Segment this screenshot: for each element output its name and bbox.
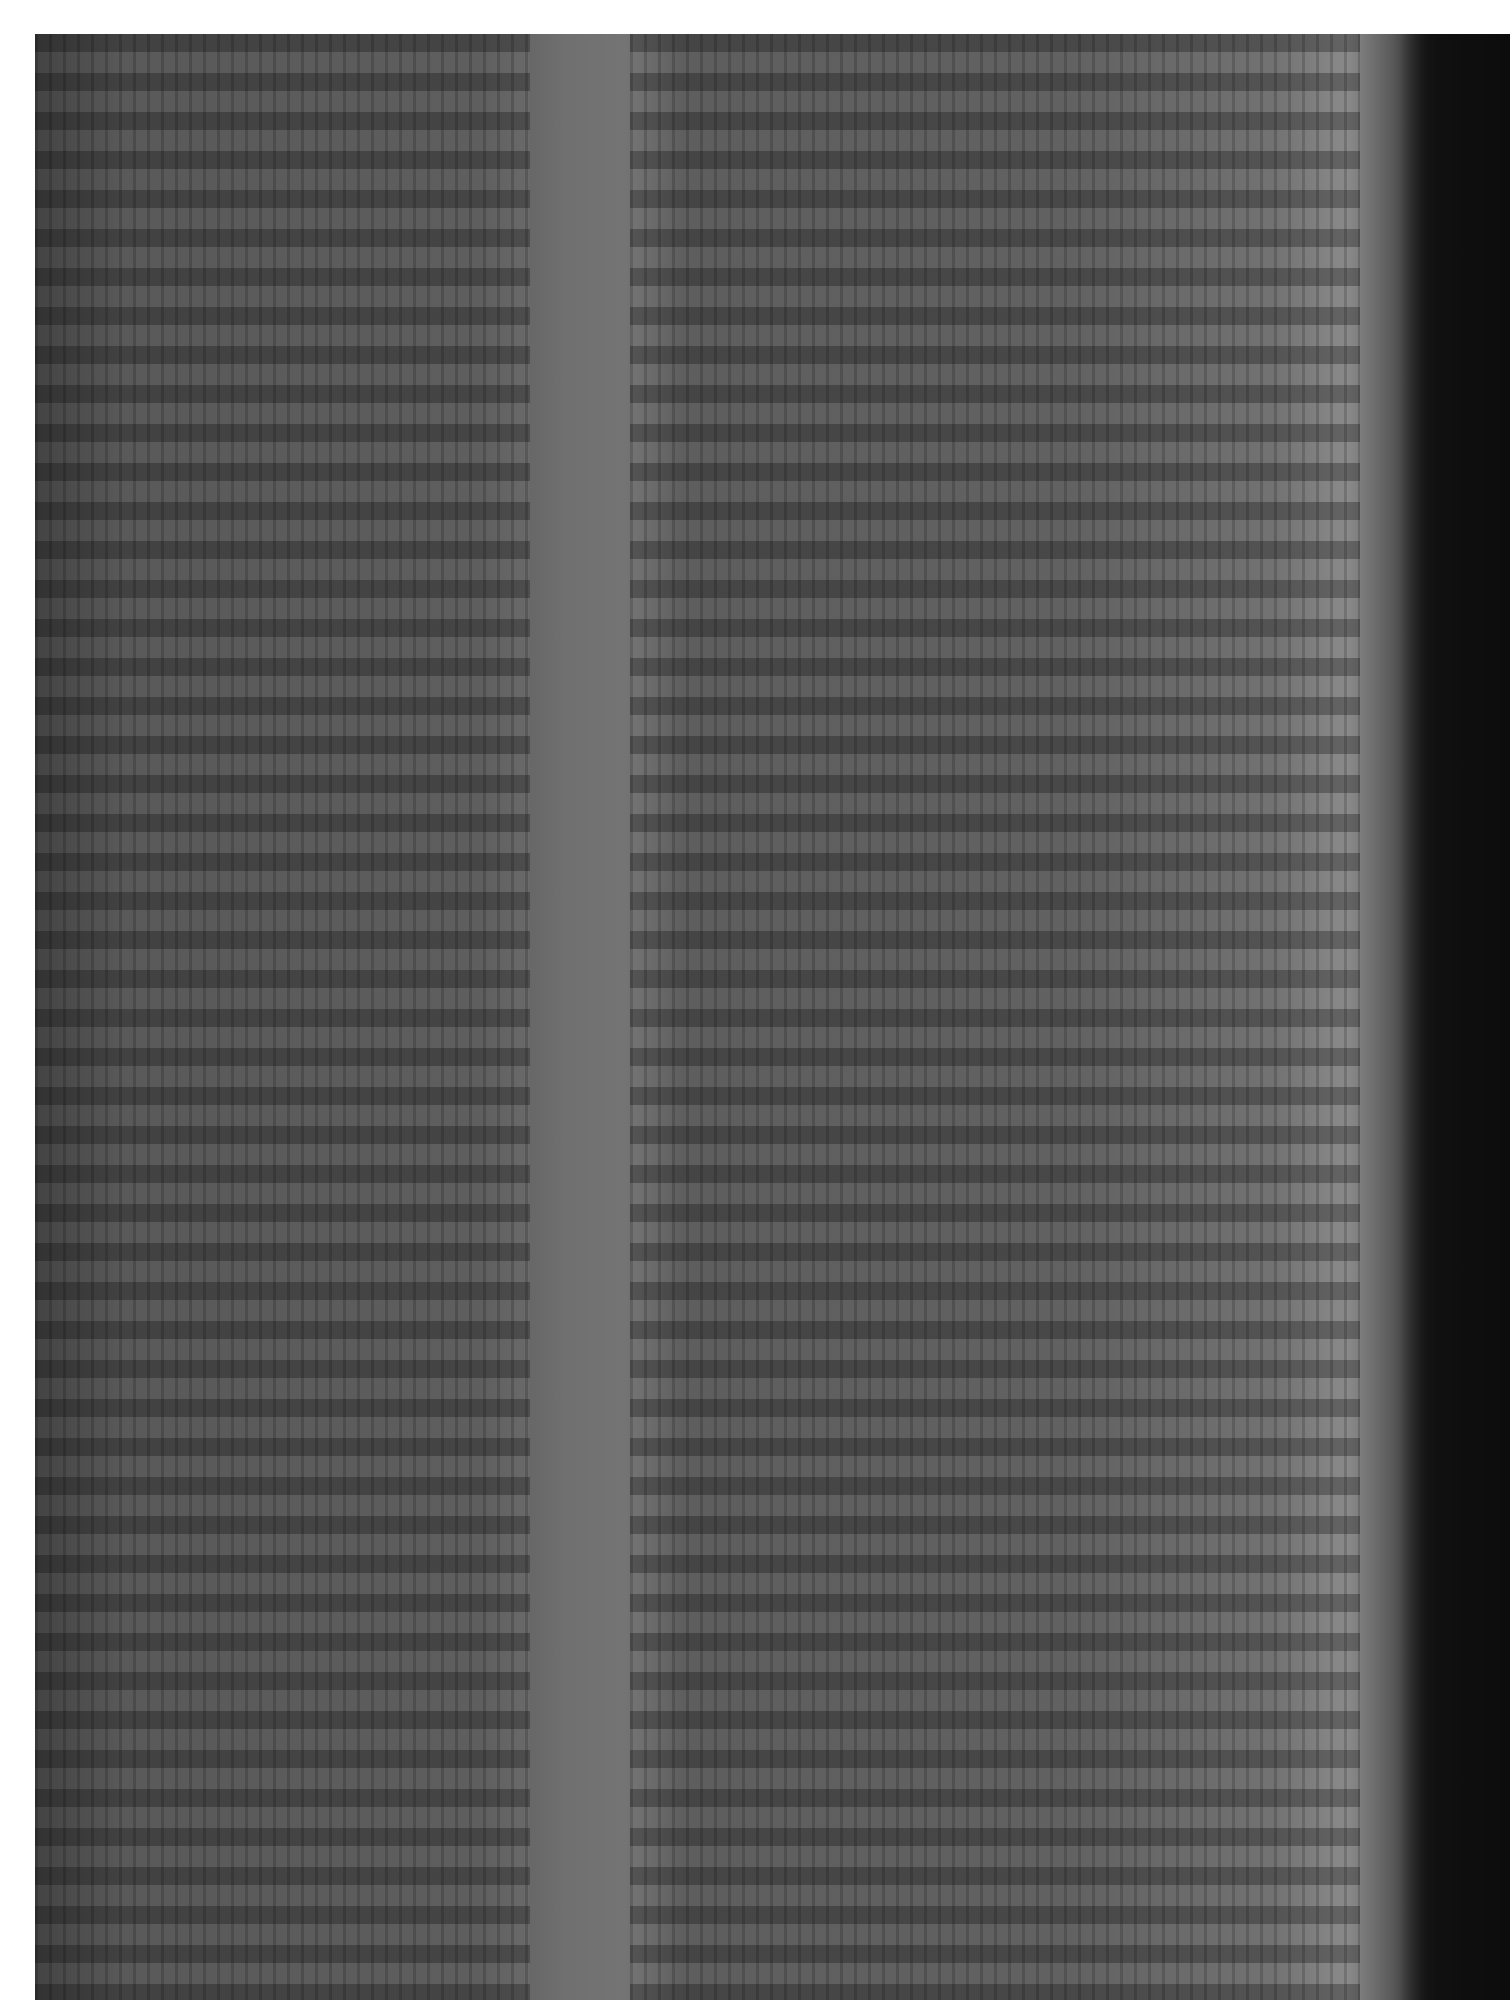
manuscript-photo: Grayscale multispectral photograph of a …: [35, 34, 1510, 2000]
binding-shadow: [1400, 34, 1510, 2000]
manuscript-column-right: [630, 34, 1360, 2000]
manuscript-column-left: [35, 34, 530, 2000]
